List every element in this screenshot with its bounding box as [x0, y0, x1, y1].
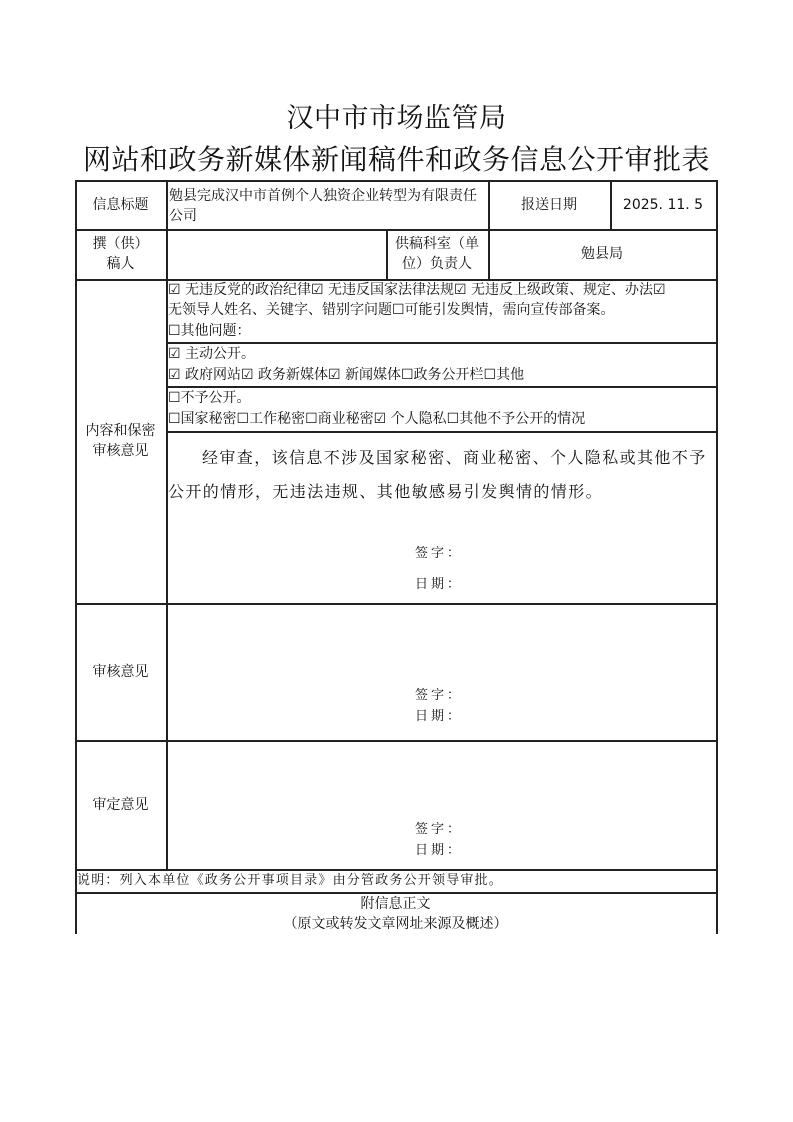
other-issues-check: ☐其他问题： [168, 321, 251, 342]
non-disclosure-check: ☐不予公开。 [168, 388, 251, 409]
content-review-date-label: 日期： [415, 573, 463, 592]
border-line [166, 431, 718, 433]
org-title: 汉中市市场监管局 [0, 96, 793, 135]
info-title-value: 勉县完成汉中市首例个人独资企业转型为有限责任公司 [166, 182, 488, 229]
audit-sign-label: 签字： [415, 684, 463, 703]
content-review-label-line2: 审核意见 [93, 441, 149, 461]
dept-head-value: 勉县局 [488, 229, 716, 279]
content-review-label: 内容和保密 审核意见 [75, 279, 166, 603]
review-opinion-text: 经审查，该信息不涉及国家秘密、商业秘密、个人隐私或其他不予公开的情形，无违法违规… [168, 441, 713, 509]
author-label-line2: 稿人 [107, 254, 135, 274]
submit-date-label: 报送日期 [488, 180, 610, 229]
form-title: 网站和政务新媒体新闻稿件和政务信息公开审批表 [0, 138, 793, 178]
border-line [75, 603, 718, 605]
submit-date-value: 2025. 11. 5 [610, 180, 716, 229]
attachment-title: 附信息正文 [75, 893, 716, 914]
review-opinion-body: 经审查，该信息不涉及国家秘密、商业秘密、个人隐私或其他不予公开的情形，无违法违规… [168, 448, 707, 501]
border-line [75, 740, 718, 742]
compliance-checks-line2: 无领导人姓名、关键字、错别字问题☐可能引发舆情，需向宣传部备案。 [168, 300, 615, 321]
author-label: 撰（供） 稿人 [75, 229, 166, 279]
approval-opinion-label: 审定意见 [75, 740, 166, 869]
info-title-label: 信息标题 [75, 180, 166, 229]
dept-head-label-line1: 供稿科室（单 [395, 234, 479, 254]
compliance-checks-line1: ☑ 无违反党的政治纪律☑ 无违反国家法律法规☑ 无违反上级政策、规定、办法☑ [168, 280, 666, 301]
content-review-label-line1: 内容和保密 [86, 421, 156, 441]
public-disclosure-check: ☑ 主动公开。 [168, 344, 255, 365]
approval-sign-label: 签字： [415, 818, 463, 837]
author-value [166, 229, 386, 279]
note-text: 说明：列入本单位《政务公开事项目录》由分管政务公开领导审批。 [75, 869, 716, 892]
dept-head-label-line2: 位）负责人 [402, 254, 472, 274]
approval-date-label: 日期： [415, 839, 463, 858]
content-review-sign-label: 签字： [415, 542, 463, 561]
public-channels-checks: ☑ 政府网站☑ 政务新媒体☑ 新闻媒体☐政务公开栏☐其他 [168, 365, 524, 386]
audit-opinion-label: 审核意见 [75, 603, 166, 740]
author-label-line1: 撰（供） [93, 234, 149, 254]
audit-date-label: 日期： [415, 705, 463, 724]
dept-head-label: 供稿科室（单 位）负责人 [386, 229, 488, 279]
non-disclosure-reasons-checks: ☐国家秘密☐工作秘密☐商业秘密☑ 个人隐私☐其他不予公开的情况 [168, 409, 585, 430]
attachment-subtitle: （原文或转发文章网址来源及概述） [75, 914, 716, 934]
border-line [716, 180, 718, 934]
approval-form-table: 信息标题 勉县完成汉中市首例个人独资企业转型为有限责任公司 报送日期 2025.… [75, 180, 718, 934]
